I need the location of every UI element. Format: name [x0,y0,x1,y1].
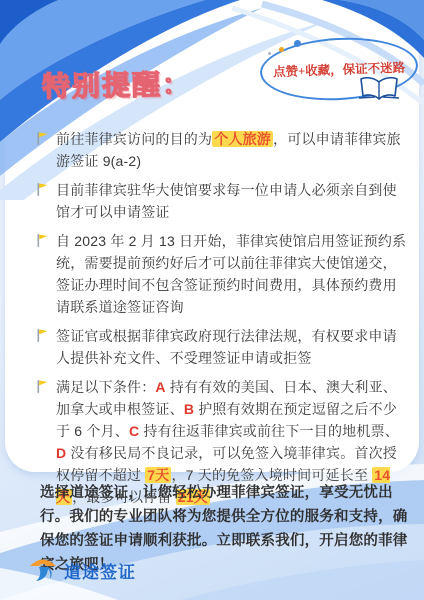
bullet-text: 前往菲律宾访问的目的为个人旅游，可以申请菲律宾旅游签证 9(a-2) [56,128,408,172]
bullet-text: 自 2023 年 2 月 13 日开始，菲律宾使馆启用签证预约系统，需要提前预约… [56,230,408,318]
list-item: 自 2023 年 2 月 13 日开始，菲律宾使馆启用签证预约系统，需要提前预约… [36,230,408,318]
flag-icon [36,179,49,223]
reminder-list: 前往菲律宾访问的目的为个人旅游，可以申请菲律宾旅游签证 9(a-2)目前菲律宾驻… [36,128,408,515]
flag-icon [36,230,49,318]
list-item: 目前菲律宾驻华大使馆要求每一位申请人必须亲自到使馆才可以申请签证 [36,179,408,223]
daotu-logo-icon [28,556,58,584]
brand-logo: 道途签证 [28,556,136,584]
open-book-icon [358,76,400,102]
flag-icon [36,325,49,369]
poster-page: 特别提醒： 点赞+收藏，保证不迷路 前往菲律宾访问的目的为个人旅游，可以申请菲律… [0,0,424,600]
blue-dot-decoration [294,40,301,47]
gray-dot-decoration [268,52,271,55]
bullet-text: 签证官或根据菲律宾政府现行法律法规，有权要求申请人提供补充文件、不受理签证申请或… [56,325,408,369]
list-item: 签证官或根据菲律宾政府现行法律法规，有权要求申请人提供补充文件、不受理签证申请或… [36,325,408,369]
brand-name: 道途签证 [64,558,136,583]
bullet-text: 目前菲律宾驻华大使馆要求每一位申请人必须亲自到使馆才可以申请签证 [56,179,408,223]
list-item: 前往菲律宾访问的目的为个人旅游，可以申请菲律宾旅游签证 9(a-2) [36,128,408,172]
flag-icon [36,128,49,172]
orange-dot-decoration [279,47,284,52]
page-title: 特别提醒： [42,63,193,106]
